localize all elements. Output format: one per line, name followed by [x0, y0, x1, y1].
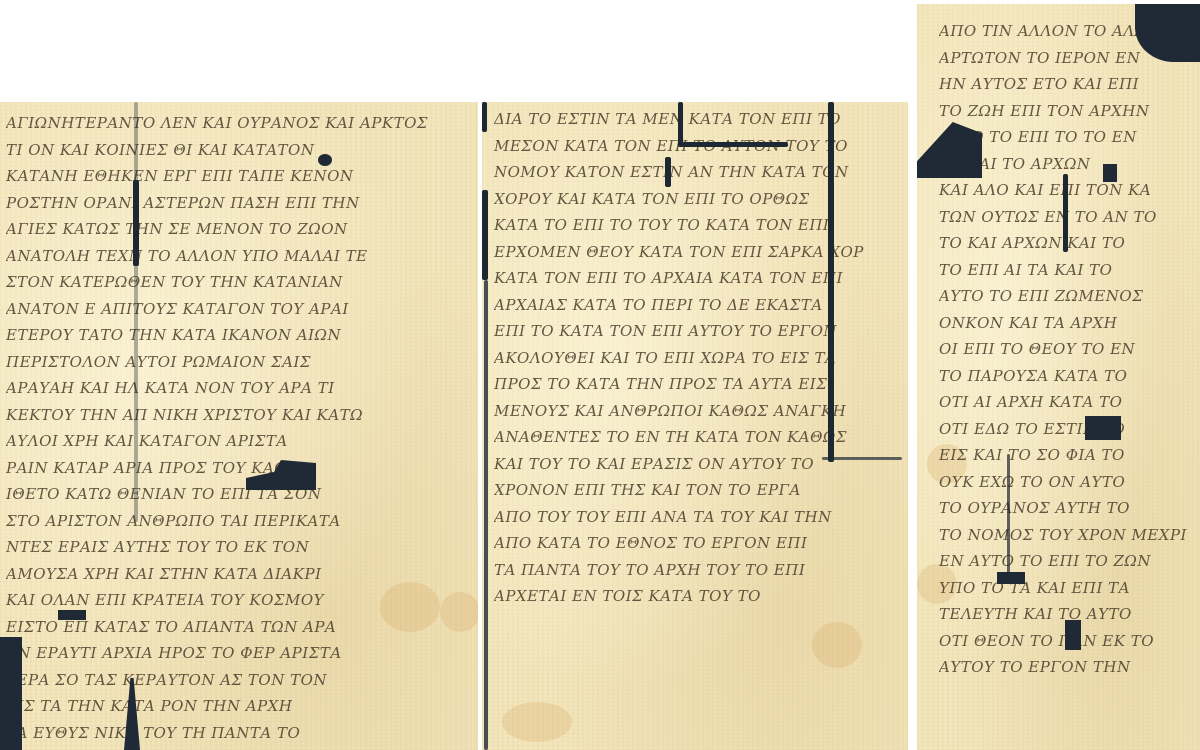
horizontal-crack [822, 457, 902, 460]
script-line: ΤΟ ΟΥΡΑΝΟΣ ΑΥΤΗ ΤΟ [939, 495, 1194, 522]
script-line: ΟΤΙ ΑΙ ΑΡΧΗ ΚΑΤΑ ΤΟ [939, 389, 1194, 416]
script-line: ΑΡΧΑΙΑΣ ΚΑΤΑ ΤΟ ΠΕΡΙ ΤΟ ΔΕ ΕΚΑΣΤΑ [494, 292, 902, 319]
script-line: ΑΝΑΤΟΝ Ε ΑΠΙΤΟΥΣ ΚΑΤΑΓΟΝ ΤΟΥ ΑΡΑΙ [6, 296, 472, 323]
edge-crack [484, 280, 488, 750]
script-line: ΕΙΣ ΤΑ ΤΗΝ ΚΑΤΑ ΡΟΝ ΤΗΝ ΑΡΧΗ [6, 693, 472, 720]
script-line: ΝΟΜΟΥ ΚΑΤΟΝ ΕΣΤΙΝ ΑΝ ΤΗΝ ΚΑΤΑ ΤΟΝ [494, 159, 902, 186]
damage-hole [917, 122, 982, 178]
script-line: ΑΓΙΩΝΗΤΕΡΑΝΤΟ ΛΕΝ ΚΑΙ ΟΥΡΑΝΟΣ ΚΑΙ ΑΡΚΤΟΣ [6, 110, 472, 137]
script-line: ΠΕΡΙΣΤΟΛΟΝ ΑΥΤΟΙ ΡΩΜΑΙΟΝ ΣΑΙΣ [6, 349, 472, 376]
script-line: ΡΑΙΝ ΚΑΤΑΡ ΑΡΙΑ ΠΡΟΣ ΤΟΥ ΚΑΘ [6, 455, 472, 482]
script-line: ΝΤΕΣ ΕΡΑΙΣ ΑΥΤΗΣ ΤΟΥ ΤΟ ΕΚ ΤΟΝ [6, 534, 472, 561]
vertical-crack [133, 180, 139, 266]
vertical-crack [665, 157, 671, 187]
vertical-crack [828, 102, 834, 462]
vertical-crack [678, 102, 683, 146]
script-line: ΑΥΤΟ ΤΟ ΕΠΙ ΖΩΜΕΝΟΣ [939, 283, 1194, 310]
script-line: ΡΑ ΕΥΘΥΣ ΝΙΚΑ ΤΟΥ ΤΗ ΠΑΝΤΑ ΤΟ [6, 720, 472, 747]
script-line: ΟΤΙ ΕΔΩ ΤΟ ΕΣΤΙΝ ΤΟ [939, 416, 1194, 443]
script-line: ΑΠΟ ΚΑΤΑ ΤΟ ΕΘΝΟΣ ΤΟ ΕΡΓΟΝ ΕΠΙ [494, 530, 902, 557]
edge-crack [482, 102, 487, 132]
script-line: ΚΕΚΤΟΥ ΤΗΝ ΑΠ ΝΙΚΗ ΧΡΙΣΤΟΥ ΚΑΙ ΚΑΤΩ [6, 402, 472, 429]
script-line: ΤΟ ΝΟΜΟΣ ΤΟΥ ΧΡΟΝ ΜΕΧΡΙ [939, 522, 1194, 549]
script-line: ΑΚΟΛΟΥΘΕΙ ΚΑΙ ΤΟ ΕΠΙ ΧΩΡΑ ΤΟ ΕΙΣ ΤΑ [494, 345, 902, 372]
script-line: ΣΤΟ ΑΡΙΣΤΟΝ ΑΝΘΡΩΠΟ ΤΑΙ ΠΕΡΙΚΑΤΑ [6, 508, 472, 535]
script-line: ΑΝΑΤΟΛΗ ΤΕΧΝ ΤΟ ΑΛΛΟΝ ΥΠΟ ΜΑΛΑΙ ΤΕ [6, 243, 472, 270]
script-line: ΤΙ ΟΝ ΚΑΙ ΚΟΙΝΙΕΣ ΘΙ ΚΑΙ ΚΑΤΑΤΟΝ [6, 137, 472, 164]
script-line: ΑΠΟ ΤΟΥ ΤΟΥ ΕΠΙ ΑΝΑ ΤΑ ΤΟΥ ΚΑΙ ΤΗΝ [494, 504, 902, 531]
script-line: ΑΡΧΕΤΑΙ ΕΝ ΤΟΙΣ ΚΑΤΑ ΤΟΥ ΤΟ [494, 583, 902, 610]
script-line: ΤΑ ΠΑΝΤΑ ΤΟΥ ΤΟ ΑΡΧΗ ΤΟΥ ΤΟ ΕΠΙ [494, 557, 902, 584]
script-line: ΤΟ ΕΠΙ ΑΙ ΤΑ ΚΑΙ ΤΟ [939, 257, 1194, 284]
damage-hole [318, 154, 332, 166]
script-line: ΕΤΕΡΟΥ ΤΑΤΟ ΤΗΝ ΚΑΤΑ ΙΚΑΝΟΝ ΑΙΩΝ [6, 322, 472, 349]
papyrus-fragment-middle: ΔΙΑ ΤΟ ΕΣΤΙΝ ΤΑ ΜΕΝ ΚΑΤΑ ΤΟΝ ΕΠΙ ΤΟ ΜΕΣΟ… [482, 102, 908, 750]
script-line: ΚΑΙ ΤΟΥ ΤΟ ΚΑΙ ΕΡΑΣΙΣ ΟΝ ΑΥΤΟΥ ΤΟ [494, 451, 902, 478]
script-line: ΡΟΣΤΗΝ ΟΡΑΝΙ ΑΣΤΕΡΩΝ ΠΑΣΗ ΕΠΙ ΤΗΝ [6, 190, 472, 217]
papyrus-fragment-left: ΑΓΙΩΝΗΤΕΡΑΝΤΟ ΛΕΝ ΚΑΙ ΟΥΡΑΝΟΣ ΚΑΙ ΑΡΚΤΟΣ… [0, 102, 478, 750]
script-line: ΕΠΙ ΤΟ ΚΑΤΑ ΤΟΝ ΕΠΙ ΑΥΤΟΥ ΤΟ ΕΡΓΟΝ [494, 318, 902, 345]
script-line: ΑΡΑΥΑΗ ΚΑΙ ΗΛ ΚΑΤΑ ΝΟΝ ΤΟΥ ΑΡΑ ΤΙ [6, 375, 472, 402]
script-line: ΔΙΑ ΤΟ ΕΣΤΙΝ ΤΑ ΜΕΝ ΚΑΤΑ ΤΟΝ ΕΠΙ ΤΟ [494, 106, 902, 133]
script-line: ΤΕΡΑ ΣΟ ΤΑΣ ΚΕΡΑΥΤΟΝ ΑΣ ΤΟΝ ΤΟΝ [6, 667, 472, 694]
script-line: ΟΝΚΟΝ ΚΑΙ ΤΑ ΑΡΧΗ [939, 310, 1194, 337]
papyrus-fragment-right: ΑΠΟ ΤΙΝ ΑΛΛΟΝ ΤΟ ΑΛΑΦΟΝ ΑΡΤΩΤΟΝ ΤΟ ΙΕΡΟΝ… [917, 4, 1200, 750]
damage-edge [0, 637, 22, 750]
script-line: ΟΥΚ ΕΧΩ ΤΟ ΟΝ ΑΥΤΟ [939, 469, 1194, 496]
fiber-seam [134, 102, 138, 522]
text-lines-middle: ΔΙΑ ΤΟ ΕΣΤΙΝ ΤΑ ΜΕΝ ΚΑΤΑ ΤΟΝ ΕΠΙ ΤΟ ΜΕΣΟ… [494, 106, 902, 610]
script-line: ΜΕΝΟΥΣ ΚΑΙ ΑΝΘΡΩΠΟΙ ΚΑΘΩΣ ΑΝΑΓΚΗ [494, 398, 902, 425]
horizontal-crack [678, 142, 788, 147]
script-line: ΠΡΟΣ ΤΟ ΚΑΤΑ ΤΗΝ ΠΡΟΣ ΤΑ ΑΥΤΑ ΕΙΣ [494, 371, 902, 398]
script-line: ΤΟ ΠΑΡΟΥΣΑ ΚΑΤΑ ΤΟ [939, 363, 1194, 390]
vertical-crack [1007, 454, 1010, 584]
script-line: ΗΝ ΑΥΤΟΣ ΕΤΟ ΚΑΙ ΕΠΙ [939, 71, 1194, 98]
script-line: ΚΑΤΑ ΤΟ ΕΠΙ ΤΟ ΤΟΥ ΤΟ ΚΑΤΑ ΤΟΝ ΕΠΙ [494, 212, 902, 239]
script-line: ΤΟ ΖΩΗ ΕΠΙ ΤΟΝ ΑΡΧΗΝ [939, 98, 1194, 125]
script-line: ΑΝ ΕΡΑΥΤΙ ΑΡΧΙΑ ΗΡΟΣ ΤΟ ΦΕΡ ΑΡΙΣΤΑ [6, 640, 472, 667]
script-line: ΣΤΟΝ ΚΑΤΕΡΩΘΕΝ ΤΟΥ ΤΗΝ ΚΑΤΑΝΙΑΝ [6, 269, 472, 296]
text-lines-right: ΑΠΟ ΤΙΝ ΑΛΛΟΝ ΤΟ ΑΛΑΦΟΝ ΑΡΤΩΤΟΝ ΤΟ ΙΕΡΟΝ… [939, 18, 1194, 681]
script-line: ΧΟΡΟΥ ΚΑΙ ΚΑΤΑ ΤΟΝ ΕΠΙ ΤΟ ΟΡΘΩΣ [494, 186, 902, 213]
script-line: ΕΙΣ ΚΑΙ ΤΟ ΣΟ ΦΙΑ ΤΟ [939, 442, 1194, 469]
damage-hole [997, 572, 1025, 584]
edge-crack [482, 190, 488, 280]
damage-hole [1085, 416, 1121, 440]
script-line: ΑΥΛΟΙ ΧΡΗ ΚΑΙ ΚΑΤΑΓΟΝ ΑΡΙΣΤΑ [6, 428, 472, 455]
script-line: ΑΥΤΟΥ ΤΟ ΕΡΓΟΝ ΤΗΝ [939, 654, 1194, 681]
damage-hole [1065, 620, 1081, 650]
script-line: ΟΙ ΕΠΙ ΤΟ ΘΕΟΥ ΤΟ ΕΝ [939, 336, 1194, 363]
damage-hole [58, 610, 86, 620]
script-line: ΕΝ ΑΥΤΟ ΤΟ ΕΠΙ ΤΟ ΖΩΝ [939, 548, 1194, 575]
script-line: ΑΝΑΘΕΝΤΕΣ ΤΟ ΕΝ ΤΗ ΚΑΤΑ ΤΟΝ ΚΑΘΩΣ [494, 424, 902, 451]
script-line: ΥΠΟ ΤΟ ΤΑ ΚΑΙ ΕΠΙ ΤΑ [939, 575, 1194, 602]
text-lines-left: ΑΓΙΩΝΗΤΕΡΑΝΤΟ ΛΕΝ ΚΑΙ ΟΥΡΑΝΟΣ ΚΑΙ ΑΡΚΤΟΣ… [6, 110, 472, 746]
script-line: ΙΘΕΤΟ ΚΑΤΩ ΘΕΝΙΑΝ ΤΟ ΕΠΙ ΤΑ ΣΟΝ [6, 481, 472, 508]
script-line: ΚΑΤΑΝΗ ΕΘΗΚΕΝ ΕΡΓ ΕΠΙ ΤΑΠΕ ΚΕΝΟΝ [6, 163, 472, 190]
script-line: ΑΓΙΕΣ ΚΑΤΩΣ ΤΗΝ ΣΕ ΜΕΝΟΝ ΤΟ ΖΩΟΝ [6, 216, 472, 243]
script-line: ΑΜΟΥΣΑ ΧΡΗ ΚΑΙ ΣΤΗΝ ΚΑΤΑ ΔΙΑΚΡΙ [6, 561, 472, 588]
script-line: ΚΑΤΑ ΤΟΝ ΕΠΙ ΤΟ ΑΡΧΑΙΑ ΚΑΤΑ ΤΟΝ ΕΠΙ [494, 265, 902, 292]
script-line: ΕΡΧΟΜΕΝ ΘΕΟΥ ΚΑΤΑ ΤΟΝ ΕΠΙ ΣΑΡΚΑ ΧΟΡ [494, 239, 902, 266]
vertical-crack [1063, 174, 1068, 252]
damage-hole [1103, 164, 1117, 182]
script-line: ΧΡΟΝΟΝ ΕΠΙ ΤΗΣ ΚΑΙ ΤΟΝ ΤΟ ΕΡΓΑ [494, 477, 902, 504]
